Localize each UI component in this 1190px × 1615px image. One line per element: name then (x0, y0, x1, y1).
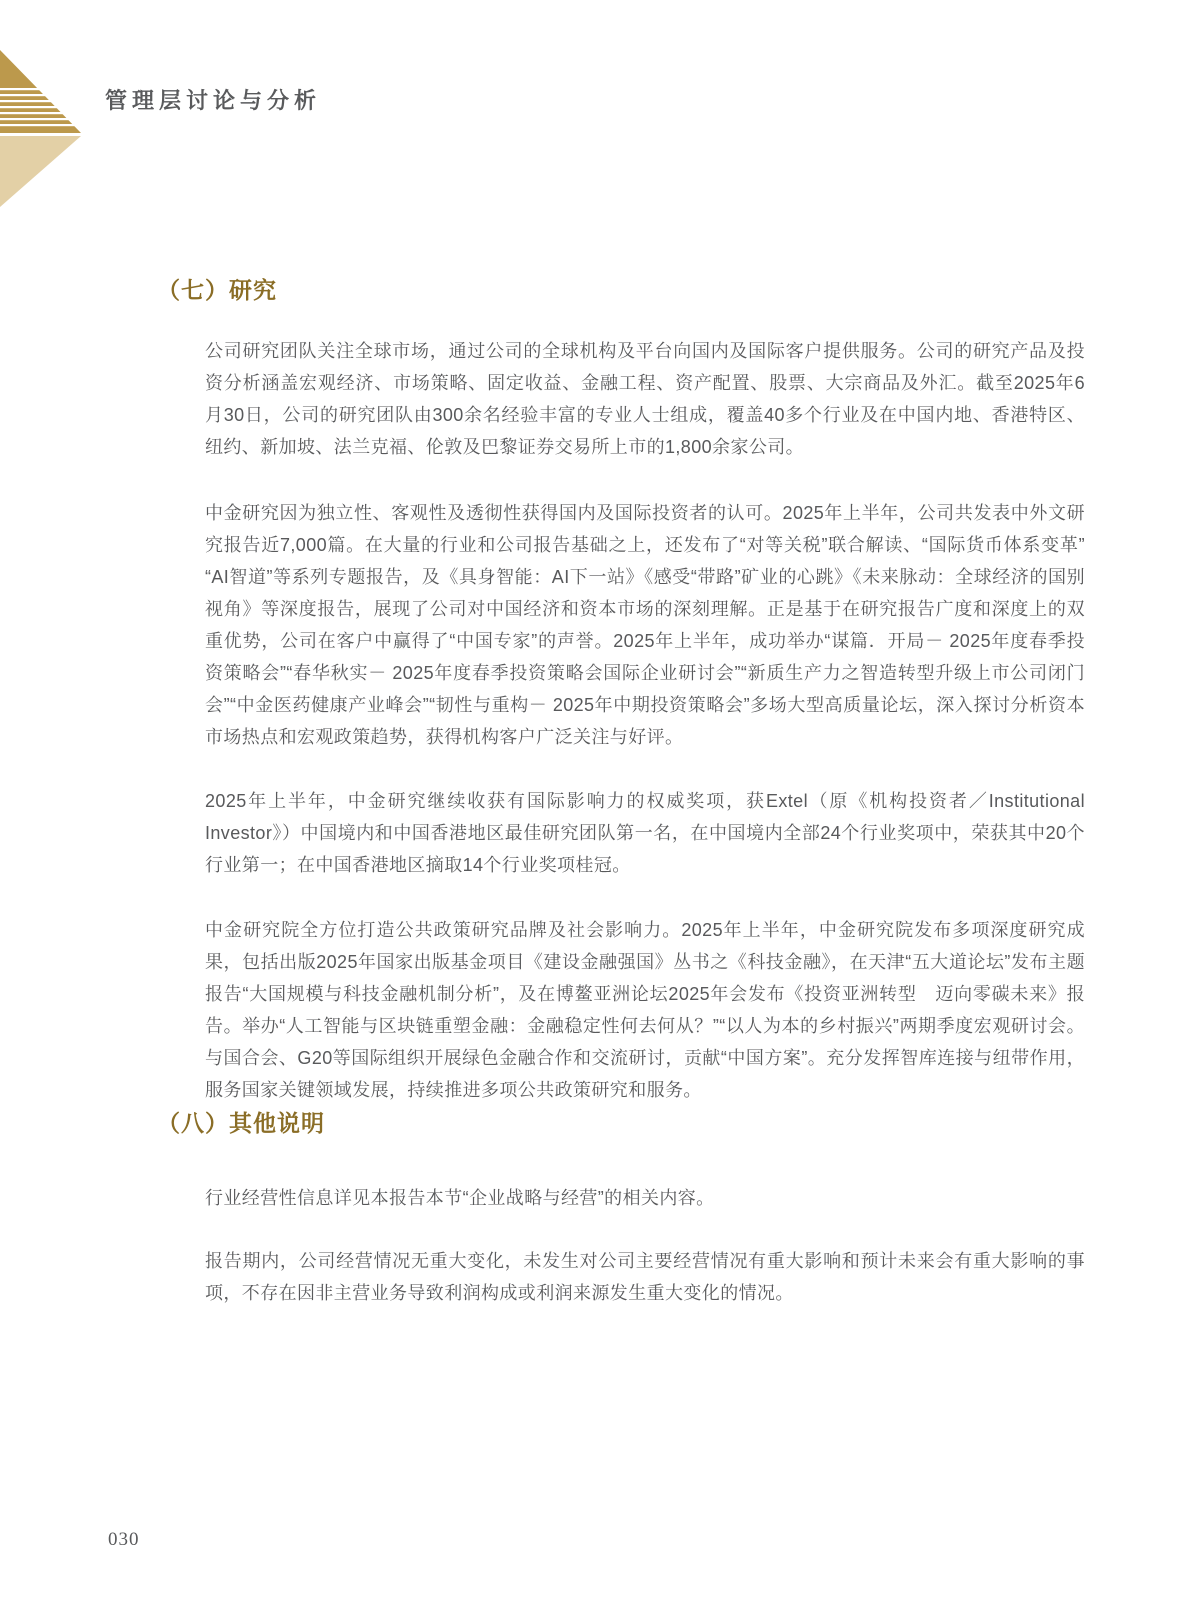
section-heading-research: （七）研究 (157, 272, 277, 305)
paragraph-research-institute: 中金研究院全方位打造公共政策研究品牌及社会影响力。2025年上半年，中金研究院发… (205, 914, 1085, 1106)
paragraph-industry-info: 行业经营性信息详见本报告本节“企业战略与经营”的相关内容。 (205, 1182, 1085, 1214)
paragraph-research-team: 公司研究团队关注全球市场，通过公司的全球机构及平台向国内及国际客户提供服务。公司… (205, 335, 1085, 463)
paragraph-research-reports: 中金研究因为独立性、客观性及透彻性获得国内及国际投资者的认可。2025年上半年，… (205, 497, 1085, 753)
paragraph-research-awards: 2025年上半年，中金研究继续收获有国际影响力的权威奖项，获Extel（原《机构… (205, 785, 1085, 881)
page-number: 030 (108, 1529, 140, 1551)
triangle-dark-gold (0, 50, 81, 133)
section-heading-other-notes: （八）其他说明 (157, 1105, 325, 1138)
paragraph-no-major-changes: 报告期内，公司经营情况无重大变化，未发生对公司主要经营情况有重大影响和预计未来会… (205, 1245, 1085, 1309)
corner-triangle-decoration (0, 50, 85, 210)
doc-header-title: 管理层讨论与分析 (105, 84, 321, 115)
report-page: 管理层讨论与分析 （七）研究 公司研究团队关注全球市场，通过公司的全球机构及平台… (0, 0, 1190, 1615)
triangle-light-tan (0, 136, 81, 207)
